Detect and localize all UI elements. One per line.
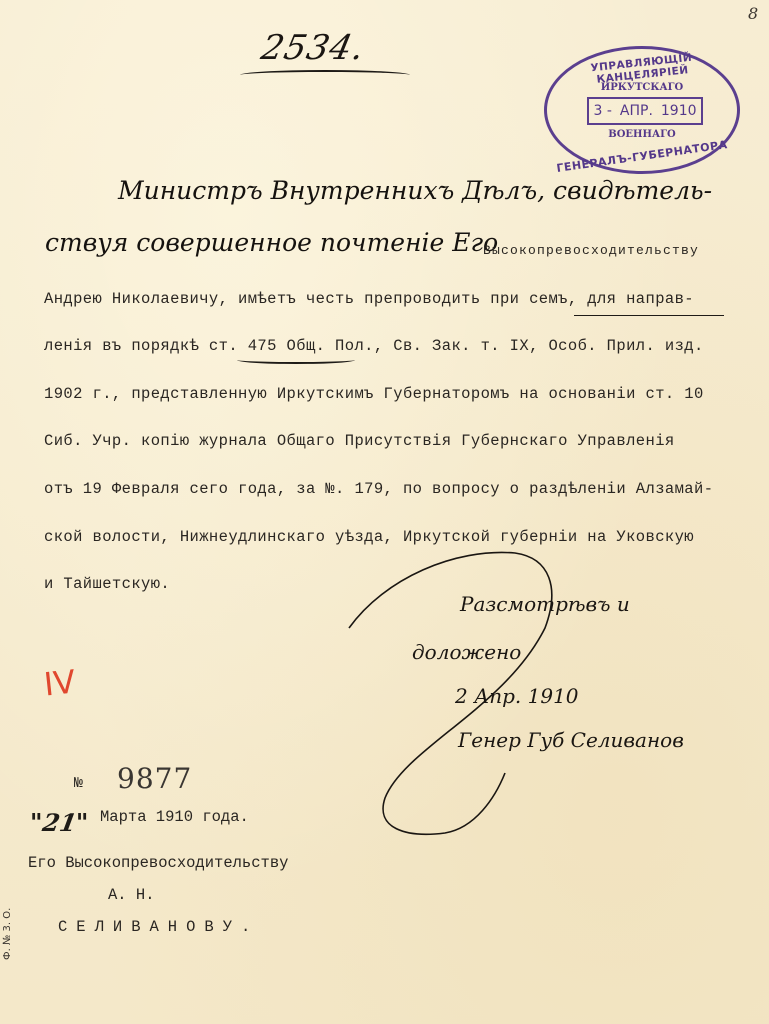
resolution-line-2: доложено <box>412 640 521 664</box>
outgoing-number-label: № <box>74 775 83 792</box>
body-line-7: отъ 19 Февраля сего года, за №. 179, по … <box>44 480 713 498</box>
addressee-surname: СЕЛИВАНОВУ. <box>58 918 259 936</box>
stamp-date-day: 3 - <box>593 103 611 119</box>
side-form-code: Ф. № 3. О. <box>2 908 13 960</box>
red-pencil-mark: IV <box>42 662 77 703</box>
resolution-signature: Генер Губ Селиванов <box>458 728 684 752</box>
addressee-title: Его Высокопревосходительству <box>28 854 288 872</box>
outgoing-day: "21" <box>30 808 88 837</box>
stamp-date-year: 1910 <box>661 103 697 119</box>
body-line-9: и Тайшетскую. <box>44 575 170 593</box>
outgoing-day-value: 21 <box>40 808 79 837</box>
body-line-2-typed: Высокопревосходительству <box>483 243 699 258</box>
body-line-5: 1902 г., представленную Иркутскимъ Губер… <box>44 385 704 403</box>
chancellery-stamp: УПРАВЛЯЮЩІЙ КАНЦЕЛЯРІЕЙ ИРКУТСКАГО 3 - А… <box>544 46 740 174</box>
page-number: 8 <box>748 4 758 23</box>
underline-direction <box>574 315 724 316</box>
body-line-8: ской волости, Нижнеудлинскаго уѣзда, Ирк… <box>44 528 694 546</box>
outgoing-date: Марта 1910 года. <box>100 808 249 826</box>
body-line-2: ствуя совершенное почтеніе Его <box>45 228 498 257</box>
body-line-1: Министръ Внутреннихъ Дѣлъ, свидѣтель- <box>118 176 712 205</box>
underline-article-475 <box>237 356 355 364</box>
body-line-3: Андрею Николаевичу, имѣетъ честь препров… <box>44 290 694 308</box>
stamp-date-box: 3 - АПР. 1910 <box>587 97 703 125</box>
stamp-line-military: ВОЕННАГО <box>547 129 737 140</box>
addressee-initials: А. Н. <box>108 886 155 904</box>
stamp-date-month: АПР. <box>620 103 653 119</box>
registration-underline <box>240 70 410 80</box>
body-line-6: Сиб. Учр. копію журнала Общаго Присутств… <box>44 432 675 450</box>
resolution-line-1: Разсмотрѣвъ и <box>460 592 630 616</box>
stamp-line-irkutsk: ИРКУТСКАГО <box>547 82 737 93</box>
outgoing-number-value: 9877 <box>117 762 192 795</box>
body-line-4: ленія въ порядкѣ ст. 475 Общ. Пол., Св. … <box>44 337 704 355</box>
resolution-date: 2 Апр. 1910 <box>455 684 579 708</box>
stamp-ring-bottom: ГЕНЕРАЛЪ-ГУБЕРНАТОРА <box>547 137 737 176</box>
registration-number: 2534. <box>258 28 369 68</box>
